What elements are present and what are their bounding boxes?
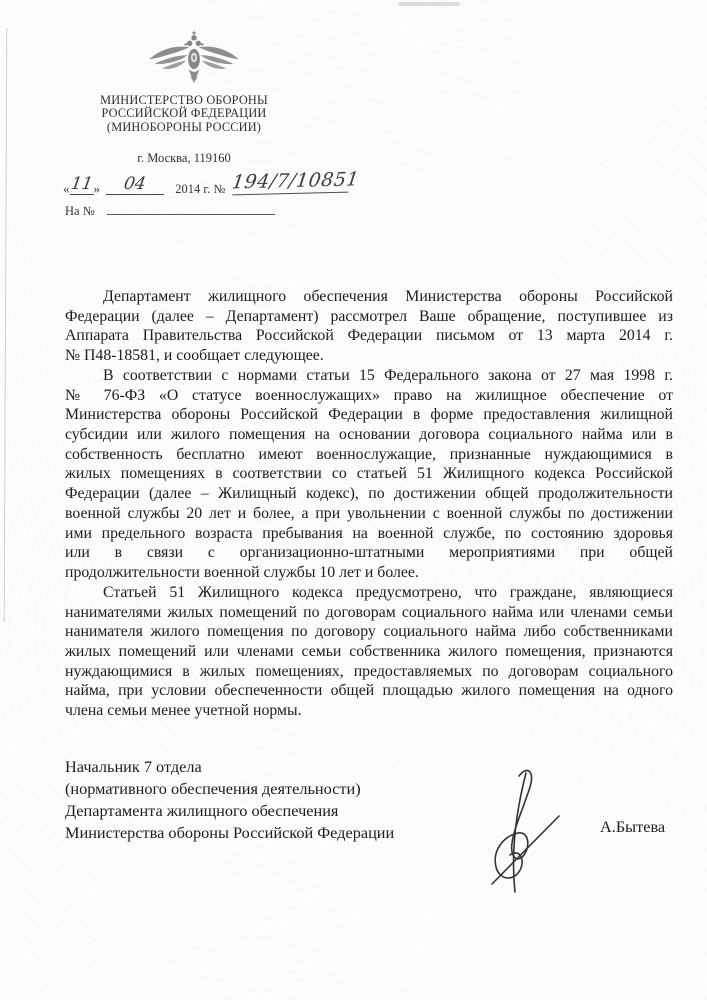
body-line: субсидии или жилого помещения на основан… <box>65 425 673 445</box>
letterhead-org-name: МИНИСТЕРСТВО ОБОРОНЫ РОССИЙСКОЙ ФЕДЕРАЦИ… <box>74 94 294 134</box>
signer-title-line: Департамента жилищного обеспечения <box>65 800 485 822</box>
scanned-letter-page: МИНИСТЕРСТВО ОБОРОНЫ РОССИЙСКОЙ ФЕДЕРАЦИ… <box>0 0 707 1000</box>
body-line: нанимателями жилых помещений по договора… <box>65 603 673 623</box>
signer-name: А.Бытева <box>600 817 665 837</box>
close-quote: » <box>94 181 101 196</box>
handwritten-day: 11 <box>70 174 94 195</box>
body-line: № 76-ФЗ «О статусе военнослужащих» право… <box>65 386 673 406</box>
body-line: нуждающимися в жилых помещениях, предост… <box>65 662 673 682</box>
org-line-2: РОССИЙСКОЙ ФЕДЕРАЦИИ <box>74 107 294 120</box>
mod-eagle-emblem-icon <box>147 29 241 89</box>
handwritten-outgoing-number: 194/7/10851 <box>232 169 349 196</box>
body-line: члена семьи менее учетной нормы. <box>65 701 673 721</box>
scan-edge-artifact <box>4 28 8 622</box>
body-line: найма, при условии обеспеченности общей … <box>65 681 673 701</box>
body-line: № П48-18581, и сообщает следующее. <box>65 346 673 366</box>
body-line: жилых помещений или членами семьи собств… <box>65 642 673 662</box>
reference-line: На № <box>65 201 275 219</box>
signer-title-line: Начальник 7 отдела <box>65 756 485 778</box>
reference-blank-underline <box>107 201 275 215</box>
body-line: В соответствии с нормами статьи 15 Федер… <box>65 366 673 386</box>
handwritten-month: 04 <box>106 174 164 195</box>
body-line: ими предельного возраста пребывания на в… <box>65 524 673 544</box>
year-number-label: 2014 г. № <box>175 182 225 196</box>
letterhead-address: г. Москва, 119160 <box>74 151 294 166</box>
signer-title-block: Начальник 7 отдела(нормативного обеспече… <box>65 756 485 844</box>
body-line: Статьей 51 Жилищного кодекса предусмотре… <box>65 583 673 603</box>
reference-label: На № <box>65 204 95 218</box>
signer-title-line: (нормативного обеспечения деятельности) <box>65 778 485 800</box>
body-line: военной службы 20 лет и более, а при уво… <box>65 504 673 524</box>
scan-smudge-artifact <box>398 2 460 6</box>
body-line: Аппарата Правительства Российской Федера… <box>65 326 673 346</box>
body-line: жилых помещениях в соответствии со стать… <box>65 464 673 484</box>
body-line: Федерации (далее – Жилищный кодекс), по … <box>65 484 673 504</box>
body-line: продолжительности военной службы 10 лет … <box>65 563 673 583</box>
body-text: Департамент жилищного обеспечения Минист… <box>65 287 673 721</box>
body-line: нанимателя жилого помещения по договору … <box>65 622 673 642</box>
date-number-line: «11» 04 2014 г. № 194/7/10851 <box>63 170 363 200</box>
body-line: Министерства обороны Российской Федераци… <box>65 405 673 425</box>
body-line: или в связи с организационно-штатными ме… <box>65 543 673 563</box>
signer-title-line: Министерства обороны Российской Федераци… <box>65 822 485 844</box>
handwritten-signature <box>485 768 573 896</box>
org-line-3: (МИНОБОРОНЫ РОССИИ) <box>74 121 294 134</box>
body-line: собственность бесплатно имеют военнослуж… <box>65 445 673 465</box>
body-line: Федерации (далее – Департамент) рассмотр… <box>65 307 673 327</box>
org-line-1: МИНИСТЕРСТВО ОБОРОНЫ <box>74 94 294 107</box>
body-line: Департамент жилищного обеспечения Минист… <box>65 287 673 307</box>
